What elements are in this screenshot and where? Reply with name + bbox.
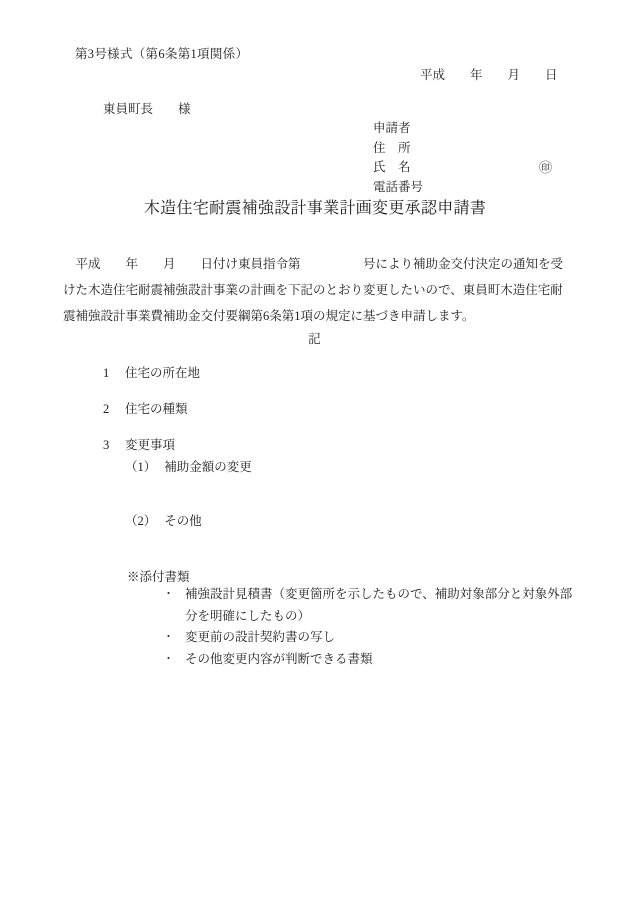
applicant-block: 申請者 住 所 氏 名 ㊞ 電話番号: [373, 119, 423, 197]
document-page: 第3号様式（第6条第1項関係） 平成 年 月 日 東員町長 様 申請者 住 所 …: [0, 0, 630, 903]
attachments-list: ・ 補強設計見積書（変更箇所を示したもので、補助対象部分と対象外部 分を明確にし…: [163, 584, 603, 670]
item-label: 変更事項: [125, 437, 175, 453]
bullet-icon: ・: [163, 649, 185, 671]
applicant-address-label: 住 所: [373, 139, 423, 159]
document-title: 木造住宅耐震補強設計事業計画変更承認申請書: [0, 195, 630, 218]
subitem-number: （1）: [125, 459, 156, 475]
body-paragraph: 平成 年 月 日付け東員指令第 号により補助金交付決定の通知を受 けた木造住宅耐…: [63, 251, 571, 329]
subitem-label: その他: [164, 513, 202, 529]
bullet-icon: ・: [163, 627, 185, 649]
form-number: 第3号様式（第6条第1項関係）: [75, 44, 248, 62]
list-item-residence: 1 住宅の所在地: [103, 365, 200, 381]
item-number: 3: [103, 437, 125, 453]
date-line: 平成 年 月 日: [420, 65, 558, 83]
seal-mark-icon: ㊞: [539, 158, 552, 178]
attachment-item-contract-copy: ・ 変更前の設計契約書の写し: [163, 627, 603, 649]
addressee: 東員町長 様: [103, 99, 191, 117]
subitem-label: 補助金額の変更: [164, 459, 252, 475]
applicant-name-row: 氏 名 ㊞: [373, 158, 423, 178]
list-item-change-matters: 3 変更事項: [103, 437, 175, 453]
applicant-name-label: 氏 名: [373, 160, 411, 174]
item-label: 住宅の種類: [125, 401, 188, 417]
record-heading: 記: [0, 329, 630, 347]
attachment-item-estimate: ・ 補強設計見積書（変更箇所を示したもので、補助対象部分と対象外部 分を明確にし…: [163, 584, 603, 627]
item-label: 住宅の所在地: [125, 365, 200, 381]
subitem-subsidy-change: （1） 補助金額の変更: [125, 459, 252, 475]
attachment-item-other-docs: ・ その他変更内容が判断できる書類: [163, 649, 603, 671]
subitem-other: （2） その他: [125, 513, 202, 529]
list-item-house-type: 2 住宅の種類: [103, 401, 188, 417]
item-number: 1: [103, 365, 125, 381]
attachment-text: 変更前の設計契約書の写し: [185, 627, 590, 649]
item-number: 2: [103, 401, 125, 417]
attachment-text: 補強設計見積書（変更箇所を示したもので、補助対象部分と対象外部 分を明確にしたも…: [185, 584, 590, 627]
applicant-label: 申請者: [373, 119, 423, 139]
attachments-heading: ※添付書類: [127, 567, 190, 585]
bullet-icon: ・: [163, 584, 185, 627]
attachment-text: その他変更内容が判断できる書類: [185, 649, 590, 671]
subitem-number: （2）: [125, 513, 156, 529]
